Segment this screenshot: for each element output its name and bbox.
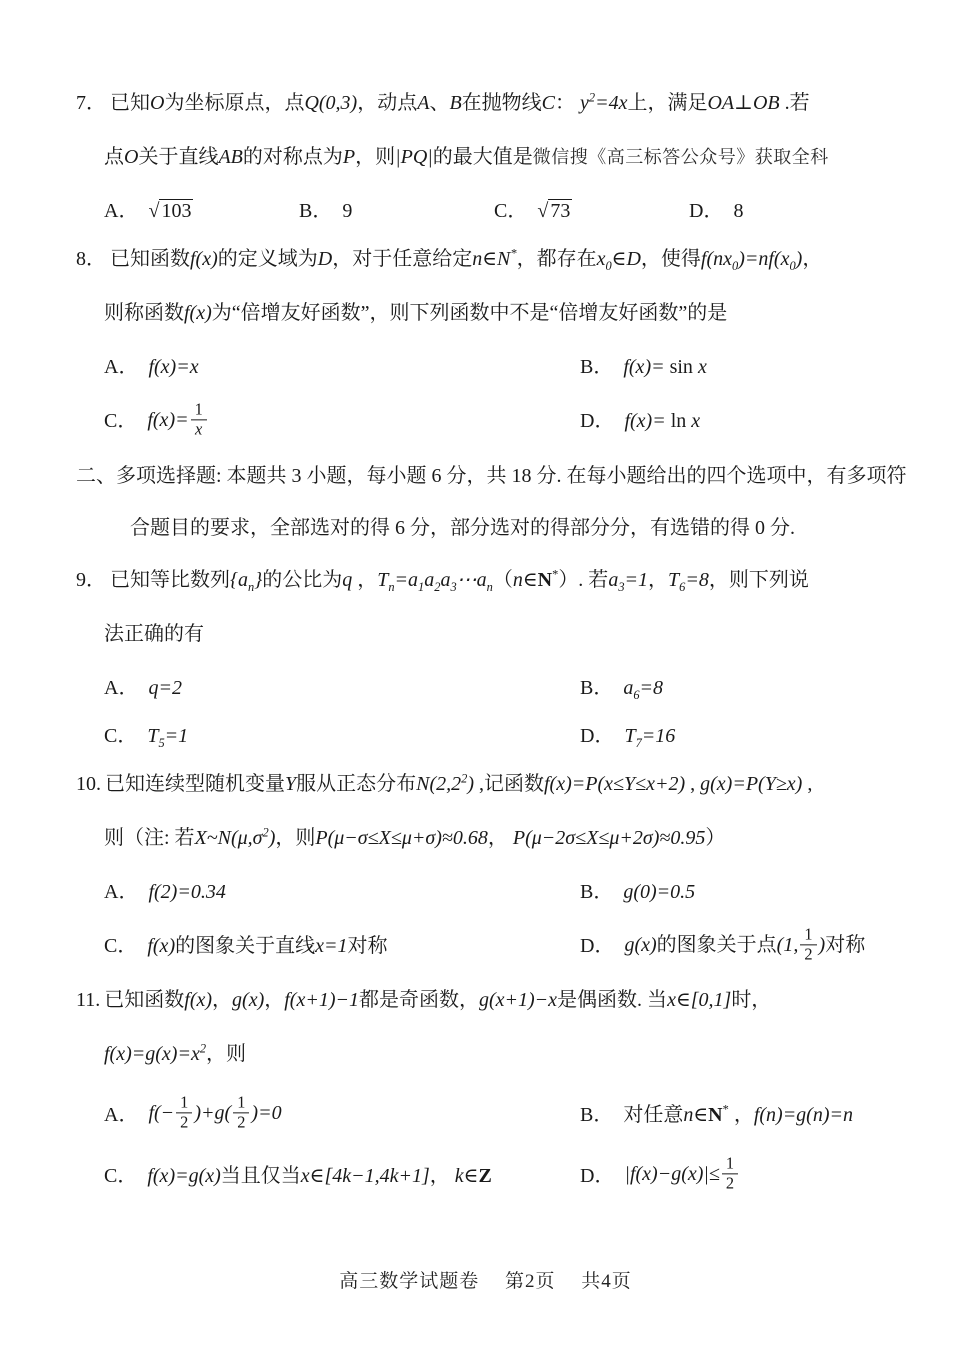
q11-line-2: f(x)=g(x)=x2，则 bbox=[76, 1041, 907, 1067]
q9-option-c: C．T5=1 bbox=[104, 723, 580, 749]
q11-option-a-value: f(−12)+g(12)=0 bbox=[148, 1095, 281, 1134]
q8-option-b: B．f(x)= sin x bbox=[580, 354, 707, 380]
q7-stem-text-2: 点O关于直线AB的对称点为P，则|PQ|的最大值是 bbox=[104, 144, 533, 170]
q7-option-b: B．9 bbox=[299, 198, 494, 224]
q10-stem-text-2: 则（注: 若X~N(μ,σ2)，则P(μ−σ≤X≤μ+σ)≈0.68， P(μ−… bbox=[104, 825, 725, 851]
q11-option-d: D．|f(x)−g(x)|≤12 bbox=[580, 1156, 740, 1195]
q10-option-b: B．g(0)=0.5 bbox=[580, 879, 695, 905]
q9-option-d-value: T7=16 bbox=[624, 723, 675, 749]
q11-option-c-label: C． bbox=[104, 1163, 137, 1189]
q11-option-b: B．对任意n∈N* ，f(n)=g(n)=n bbox=[580, 1102, 853, 1128]
q8-number: 8． bbox=[76, 246, 106, 272]
q8-option-c-value: f(x)=1x bbox=[147, 402, 208, 441]
q8-option-a: A．f(x)=x bbox=[104, 354, 580, 380]
q10-stem-text: 已知连续型随机变量Y服从正态分布N(2,22) ,记函数f(x)=P(x≤Y≤x… bbox=[105, 771, 812, 797]
q11-option-b-label: B． bbox=[580, 1102, 613, 1128]
q11-option-c-value: f(x)=g(x)当且仅当x∈[4k−1,4k+1]， k∈Z bbox=[147, 1163, 491, 1189]
q9-option-b-label: B． bbox=[580, 675, 613, 701]
q10-option-d-label: D． bbox=[580, 933, 614, 959]
q7-number: 7． bbox=[76, 90, 106, 116]
q9-option-a-label: A． bbox=[104, 675, 138, 701]
q8-stem-text-2: 则称函数f(x)为“倍增友好函数”，则下列函数中不是“倍增友好函数”的是 bbox=[104, 300, 727, 326]
q7-line-2: 点O关于直线AB的对称点为P，则|PQ|的最大值是 微信搜《高三标答公众号》获取… bbox=[76, 144, 907, 170]
q8-line-2: 则称函数f(x)为“倍增友好函数”，则下列函数中不是“倍增友好函数”的是 bbox=[76, 300, 907, 326]
q11-number: 11. bbox=[76, 987, 100, 1013]
q10-line-2: 则（注: 若X~N(μ,σ2)，则P(μ−σ≤X≤μ+σ)≈0.68， P(μ−… bbox=[76, 825, 907, 851]
q8-stem-text: 已知函数f(x)的定义域为D，对于任意给定n∈N*，都存在x0∈D，使得f(nx… bbox=[110, 246, 822, 272]
section-2-header-text-2: 合题目的要求，全部选对的得 6 分，部分选对的得部分分，有选错的得 0 分. bbox=[130, 515, 795, 541]
watermark-text: 微信搜《高三标答公众号》获取全科 bbox=[533, 146, 829, 169]
q9-stem-text-2: 法正确的有 bbox=[104, 621, 204, 647]
question-8: 8． 已知函数f(x)的定义域为D，对于任意给定n∈N*，都存在x0∈D，使得f… bbox=[76, 246, 907, 441]
question-11: 11. 已知函数f(x)，g(x)，f(x+1)−1都是奇函数，g(x+1)−x… bbox=[76, 987, 907, 1194]
q7-option-b-value: 9 bbox=[342, 198, 352, 224]
q10-option-c: C．f(x)的图象关于直线x=1对称 bbox=[104, 933, 580, 959]
q7-option-d: D．8 bbox=[689, 198, 743, 224]
q8-option-c: C．f(x)=1x bbox=[104, 402, 580, 441]
q10-option-a-value: f(2)=0.34 bbox=[148, 879, 225, 905]
exam-page: 7． 已知O为坐标原点，点Q(0,3)，动点A、B在抛物线C： y2=4x上，满… bbox=[0, 0, 971, 1368]
q9-option-a-value: q=2 bbox=[148, 675, 182, 701]
q9-option-d-label: D． bbox=[580, 723, 614, 749]
section-2-header-line-2: 合题目的要求，全部选对的得 6 分，部分选对的得部分分，有选错的得 0 分. bbox=[76, 515, 907, 541]
section-2-header: 二、多项选择题: 本题共 3 小题，每小题 6 分，共 18 分. 在每小题给出… bbox=[76, 463, 907, 541]
q11-stem-text: 已知函数f(x)，g(x)，f(x+1)−1都是奇函数，g(x+1)−x是偶函数… bbox=[104, 987, 771, 1013]
q9-stem-text: 已知等比数列{an}的公比为q ，Tn=a1a2a3⋯an（n∈N*）. 若a3… bbox=[110, 567, 809, 593]
question-7: 7． 已知O为坐标原点，点Q(0,3)，动点A、B在抛物线C： y2=4x上，满… bbox=[76, 90, 907, 224]
q10-option-c-value: f(x)的图象关于直线x=1对称 bbox=[147, 933, 387, 959]
q7-options: A．√103 B．9 C．√73 D．8 bbox=[76, 198, 907, 224]
q7-option-d-label: D． bbox=[689, 198, 723, 224]
page-footer: 高三数学试题卷 第2页 共4页 bbox=[0, 1270, 971, 1295]
q11-line-1: 11. 已知函数f(x)，g(x)，f(x+1)−1都是奇函数，g(x+1)−x… bbox=[76, 987, 907, 1013]
q10-line-1: 10. 已知连续型随机变量Y服从正态分布N(2,22) ,记函数f(x)=P(x… bbox=[76, 771, 907, 797]
q11-stem-text-2: f(x)=g(x)=x2，则 bbox=[104, 1041, 246, 1067]
q10-number: 10. bbox=[76, 771, 101, 797]
q9-options-row-2: C．T5=1 D．T7=16 bbox=[76, 723, 907, 749]
q10-options-row-1: A．f(2)=0.34 B．g(0)=0.5 bbox=[76, 879, 907, 905]
q7-option-c-value: √73 bbox=[537, 198, 572, 224]
q7-option-b-label: B． bbox=[299, 198, 332, 224]
section-2-header-text: 二、多项选择题: 本题共 3 小题，每小题 6 分，共 18 分. 在每小题给出… bbox=[76, 463, 907, 489]
q11-option-c: C．f(x)=g(x)当且仅当x∈[4k−1,4k+1]， k∈Z bbox=[104, 1163, 580, 1189]
q8-option-c-label: C． bbox=[104, 408, 137, 434]
question-10: 10. 已知连续型随机变量Y服从正态分布N(2,22) ,记函数f(x)=P(x… bbox=[76, 771, 907, 966]
q8-option-d-value: f(x)= ln x bbox=[624, 408, 700, 434]
question-9: 9． 已知等比数列{an}的公比为q ，Tn=a1a2a3⋯an（n∈N*）. … bbox=[76, 567, 907, 749]
q10-option-b-label: B． bbox=[580, 879, 613, 905]
q11-option-b-value: 对任意n∈N* ，f(n)=g(n)=n bbox=[623, 1102, 853, 1128]
q9-line-1: 9． 已知等比数列{an}的公比为q ，Tn=a1a2a3⋯an（n∈N*）. … bbox=[76, 567, 907, 593]
q11-options-row-1: A．f(−12)+g(12)=0 B．对任意n∈N* ，f(n)=g(n)=n bbox=[76, 1095, 907, 1134]
q8-option-a-value: f(x)=x bbox=[148, 354, 198, 380]
q7-line-1: 7． 已知O为坐标原点，点Q(0,3)，动点A、B在抛物线C： y2=4x上，满… bbox=[76, 90, 907, 116]
q9-option-c-label: C． bbox=[104, 723, 137, 749]
q7-option-c: C．√73 bbox=[494, 198, 689, 224]
q8-option-d: D．f(x)= ln x bbox=[580, 408, 700, 434]
q9-number: 9． bbox=[76, 567, 106, 593]
q8-option-a-label: A． bbox=[104, 354, 138, 380]
q7-option-a-label: A． bbox=[104, 198, 138, 224]
q10-option-a-label: A． bbox=[104, 879, 138, 905]
q11-option-a-label: A． bbox=[104, 1102, 138, 1128]
q7-stem-text: 已知O为坐标原点，点Q(0,3)，动点A、B在抛物线C： y2=4x上，满足OA… bbox=[110, 90, 810, 116]
q10-option-d-value: g(x)的图象关于点(1,12)对称 bbox=[624, 927, 865, 966]
q11-option-d-label: D． bbox=[580, 1163, 614, 1189]
q7-option-d-value: 8 bbox=[733, 198, 743, 224]
q9-line-2: 法正确的有 bbox=[76, 621, 907, 647]
q8-line-1: 8． 已知函数f(x)的定义域为D，对于任意给定n∈N*，都存在x0∈D，使得f… bbox=[76, 246, 907, 272]
q11-options-row-2: C．f(x)=g(x)当且仅当x∈[4k−1,4k+1]， k∈Z D．|f(x… bbox=[76, 1156, 907, 1195]
q8-option-b-label: B． bbox=[580, 354, 613, 380]
q8-options-row-2: C．f(x)=1x D．f(x)= ln x bbox=[76, 402, 907, 441]
q10-option-b-value: g(0)=0.5 bbox=[623, 879, 695, 905]
q11-option-a: A．f(−12)+g(12)=0 bbox=[104, 1095, 580, 1134]
q7-option-a-value: √103 bbox=[148, 198, 193, 224]
section-2-header-line-1: 二、多项选择题: 本题共 3 小题，每小题 6 分，共 18 分. 在每小题给出… bbox=[76, 463, 907, 489]
q7-option-a: A．√103 bbox=[104, 198, 299, 224]
q8-option-b-value: f(x)= sin x bbox=[623, 354, 706, 380]
q9-option-b: B．a6=8 bbox=[580, 675, 663, 701]
q9-options-row-1: A．q=2 B．a6=8 bbox=[76, 675, 907, 701]
q10-option-c-label: C． bbox=[104, 933, 137, 959]
q10-option-d: D．g(x)的图象关于点(1,12)对称 bbox=[580, 927, 865, 966]
q10-option-a: A．f(2)=0.34 bbox=[104, 879, 580, 905]
q9-option-d: D．T7=16 bbox=[580, 723, 675, 749]
q10-options-row-2: C．f(x)的图象关于直线x=1对称 D．g(x)的图象关于点(1,12)对称 bbox=[76, 927, 907, 966]
q9-option-b-value: a6=8 bbox=[623, 675, 663, 701]
q7-option-c-label: C． bbox=[494, 198, 527, 224]
q8-option-d-label: D． bbox=[580, 408, 614, 434]
q9-option-c-value: T5=1 bbox=[147, 723, 188, 749]
q8-options-row-1: A．f(x)=x B．f(x)= sin x bbox=[76, 354, 907, 380]
q9-option-a: A．q=2 bbox=[104, 675, 580, 701]
q11-option-d-value: |f(x)−g(x)|≤12 bbox=[624, 1156, 740, 1195]
